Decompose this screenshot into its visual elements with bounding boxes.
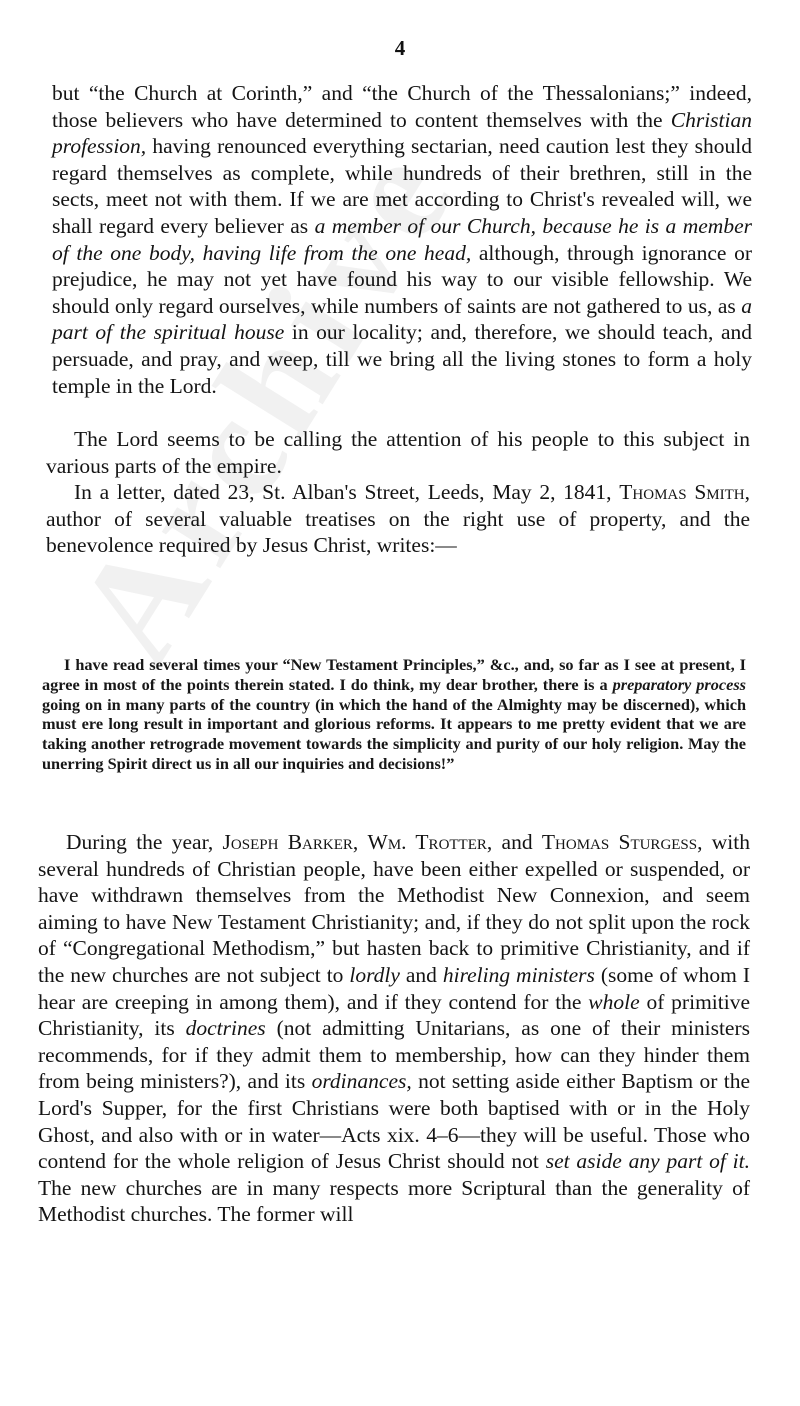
letter-quote: I have read several times your “New Test… <box>42 655 746 774</box>
text-run: The new churches are in many respects mo… <box>38 1176 750 1227</box>
italic-run: preparatory process <box>613 675 746 694</box>
page-number: 4 <box>0 36 800 61</box>
person-name: Thomas Smith <box>619 480 744 504</box>
person-name: Wm. Trotter <box>368 830 487 854</box>
italic-run: whole <box>588 990 639 1014</box>
text-block-bottom: During the year, Joseph Barker, Wm. Trot… <box>38 829 750 1228</box>
text-run: and <box>400 963 443 987</box>
italic-run: set aside any part of it. <box>546 1149 750 1173</box>
paragraph-letter-intro: In a letter, dated 23, St. Alban's Stree… <box>46 479 750 559</box>
text-run: , <box>353 830 368 854</box>
italic-run: hireling ministers <box>443 963 595 987</box>
paragraph-lord-calling: The Lord seems to be calling the attenti… <box>46 426 750 479</box>
text-run: During the year, <box>66 830 223 854</box>
person-name: Thomas Sturgess <box>542 830 697 854</box>
text-run: , and <box>487 830 542 854</box>
italic-run: lordly <box>349 963 400 987</box>
document-page: Archive 4 but “the Church at Corinth,” a… <box>0 0 800 1406</box>
quote-paragraph: I have read several times your “New Test… <box>42 655 746 774</box>
paragraph-during-the-year: During the year, Joseph Barker, Wm. Trot… <box>38 829 750 1228</box>
person-name: Joseph Barker <box>223 830 353 854</box>
text-run: going on in many parts of the country (i… <box>42 695 746 773</box>
italic-run: doctrines <box>186 1016 266 1040</box>
text-block-middle: The Lord seems to be calling the attenti… <box>46 426 750 559</box>
text-run: In a letter, dated 23, St. Alban's Stree… <box>74 480 619 504</box>
text-block-top: but “the Church at Corinth,” and “the Ch… <box>52 80 752 399</box>
text-run: but “the Church at Corinth,” and “the Ch… <box>52 81 752 132</box>
italic-run: ordinances, <box>312 1069 412 1093</box>
paragraph-church: but “the Church at Corinth,” and “the Ch… <box>52 80 752 399</box>
